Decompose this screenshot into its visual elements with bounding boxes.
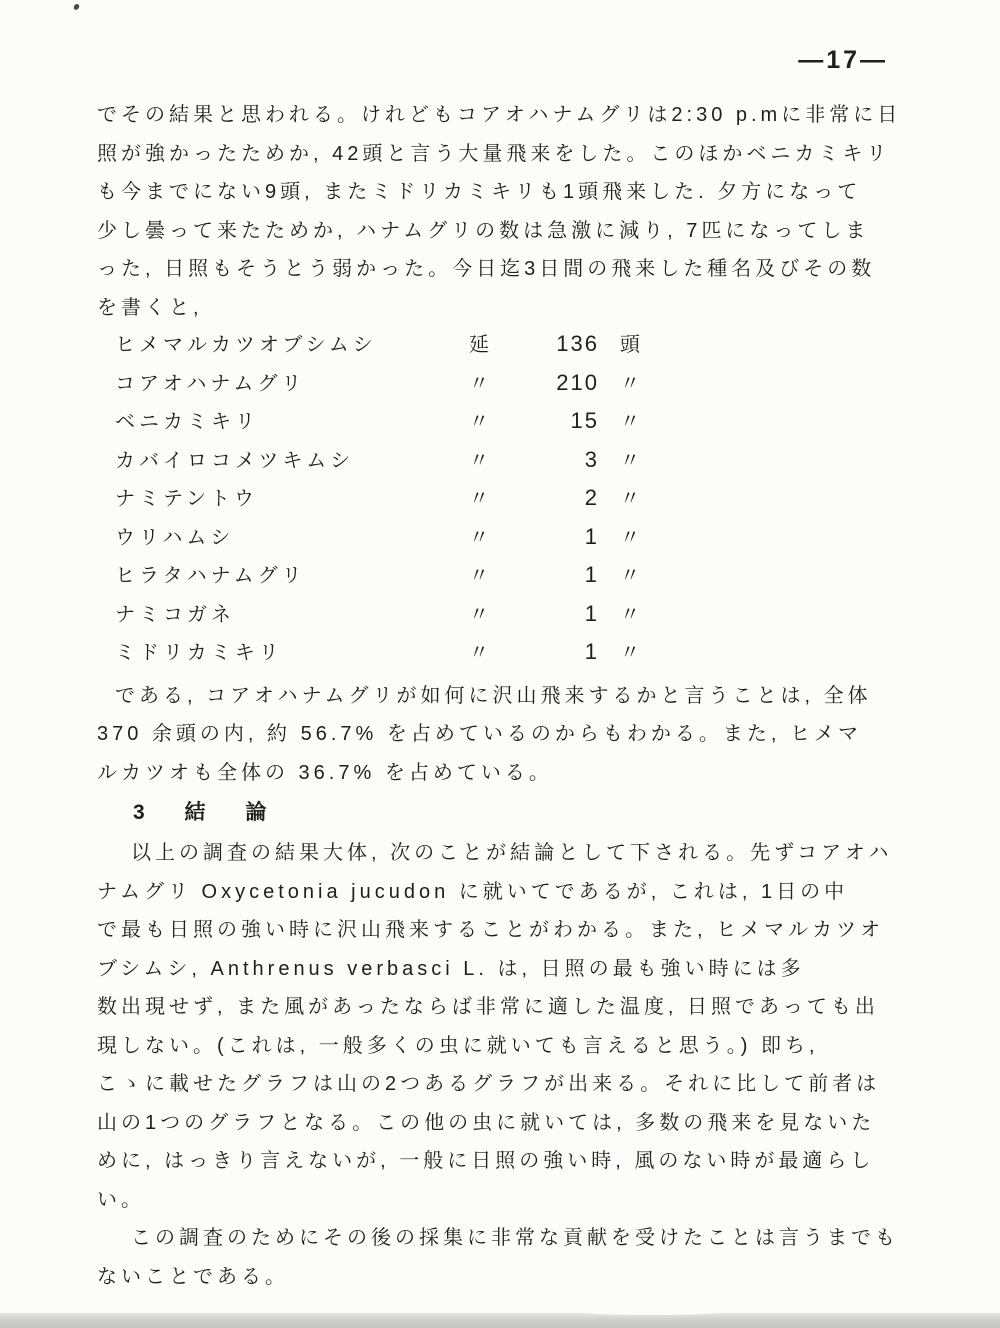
count-prefix: 〃	[455, 598, 507, 627]
species-name: ナミテントウ	[97, 482, 455, 511]
count-prefix: 〃	[455, 521, 507, 550]
paragraph3-line: ナムグリ Oxycetonia jucudon に就いてであるが, これは, 1…	[97, 873, 948, 912]
paragraph3-line: 数出現せず, また風があったならば非常に適した温度, 日照であっても出	[97, 988, 948, 1027]
paragraph1-line: 照が強かったためか, 42頭と言う大量飛来をした。このほかベニカミキリ	[97, 135, 948, 174]
section-heading: 3 結 論	[133, 794, 948, 832]
count-value: 1	[507, 562, 599, 588]
count-unit: 〃	[599, 559, 665, 588]
paragraph1-line: 少し曇って来たためか, ハナムグリの数は急激に減り, 7匹になってしま	[97, 212, 948, 251]
table-row: ナミコガネ 〃 1 〃	[97, 598, 948, 637]
count-value: 1	[507, 601, 599, 627]
count-value: 3	[507, 447, 599, 473]
count-unit: 〃	[599, 598, 665, 627]
species-count-table: ヒメマルカツオブシムシ 延 136 頭 コアオハナムグリ 〃 210 〃 ベニカ…	[97, 328, 948, 675]
paragraph4-line: ないことである。	[97, 1258, 948, 1297]
count-unit: 〃	[599, 405, 665, 434]
table-row: ナミテントウ 〃 2 〃	[97, 482, 948, 521]
paragraph1-line: も今までにない9頭, またミドリカミキリも1頭飛来した. 夕方になって	[97, 173, 948, 212]
count-unit: 〃	[599, 482, 665, 511]
count-value: 136	[507, 331, 599, 357]
paragraph3-line: 現しない。(これは, 一般多くの虫に就いても言えると思う。) 即ち,	[97, 1027, 948, 1066]
count-prefix: 〃	[455, 405, 507, 434]
table-row: ヒメマルカツオブシムシ 延 136 頭	[97, 328, 948, 367]
document-page: —17— でその結果と思われる。けれどもコアオハナムグリは2:30 p.mに非常…	[0, 0, 1000, 1328]
species-name: ミドリカミキリ	[97, 636, 455, 665]
table-row: ヒラタハナムグリ 〃 1 〃	[97, 559, 948, 598]
paragraph3-line: で最も日照の強い時に沢山飛来することがわかる。また, ヒメマルカツオ	[97, 911, 948, 950]
table-row: カバイロコメツキムシ 〃 3 〃	[97, 444, 948, 483]
paragraph1-line: った, 日照もそうとう弱かった。今日迄3日間の飛来した種名及びその数	[97, 250, 948, 289]
page-content: でその結果と思われる。けれどもコアオハナムグリは2:30 p.mに非常に日 照が…	[97, 96, 948, 1296]
count-unit: 〃	[599, 367, 665, 396]
paragraph2-line: ルカツオも全体の 36.7% を占めている。	[97, 754, 948, 793]
count-prefix: 延	[455, 328, 507, 357]
count-unit: 〃	[599, 636, 665, 665]
paragraph3-line: 以上の調査の結果大体, 次のことが結論として下される。先ずコアオハ	[97, 834, 948, 873]
species-name: ナミコガネ	[97, 598, 455, 627]
count-prefix: 〃	[455, 559, 507, 588]
paragraph2-line: 370 余頭の内, 約 56.7% を占めているのからもわかる。また, ヒメマ	[97, 715, 948, 754]
count-prefix: 〃	[455, 636, 507, 665]
scan-edge-shadow	[0, 1313, 1000, 1328]
species-name: ヒメマルカツオブシムシ	[97, 328, 455, 357]
count-unit: 〃	[599, 444, 665, 473]
paragraph2-line: である, コアオハナムグリが如何に沢山飛来するかと言うことは, 全体	[97, 677, 948, 716]
species-name: コアオハナムグリ	[97, 367, 455, 396]
paragraph3-line: ブシムシ, Anthrenus verbasci L. は, 日照の最も強い時に…	[97, 950, 948, 989]
paragraph3-line: い。	[97, 1181, 948, 1220]
count-value: 1	[507, 639, 599, 665]
paragraph1-line: でその結果と思われる。けれどもコアオハナムグリは2:30 p.mに非常に日	[97, 96, 948, 135]
species-name: ヒラタハナムグリ	[97, 559, 455, 588]
table-row: コアオハナムグリ 〃 210 〃	[97, 367, 948, 406]
count-value: 210	[507, 370, 599, 396]
table-row: ベニカミキリ 〃 15 〃	[97, 405, 948, 444]
species-name: ベニカミキリ	[97, 405, 455, 434]
species-name: ウリハムシ	[97, 521, 455, 550]
page-number: —17—	[798, 46, 888, 75]
count-value: 15	[507, 408, 599, 434]
count-value: 2	[507, 485, 599, 511]
count-value: 1	[507, 524, 599, 550]
count-prefix: 〃	[455, 482, 507, 511]
scan-speck	[73, 3, 80, 10]
species-name: カバイロコメツキムシ	[97, 444, 455, 473]
count-unit: 〃	[599, 521, 665, 550]
count-unit: 頭	[599, 328, 665, 357]
table-row: ミドリカミキリ 〃 1 〃	[97, 636, 948, 675]
count-prefix: 〃	[455, 367, 507, 396]
paragraph3-line: 山の1つのグラフとなる。この他の虫に就いては, 多数の飛来を見ないた	[97, 1104, 948, 1143]
count-prefix: 〃	[455, 444, 507, 473]
table-row: ウリハムシ 〃 1 〃	[97, 521, 948, 560]
paragraph4-line: この調査のためにその後の採集に非常な貢献を受けたことは言うまでも	[97, 1219, 948, 1258]
paragraph3-line: めに, はっきり言えないが, 一般に日照の強い時, 風のない時が最適らし	[97, 1142, 948, 1181]
paragraph1-line: を書くと,	[97, 289, 948, 328]
paragraph3-line: こゝに載せたグラフは山の2つあるグラフが出来る。それに比して前者は	[97, 1065, 948, 1104]
